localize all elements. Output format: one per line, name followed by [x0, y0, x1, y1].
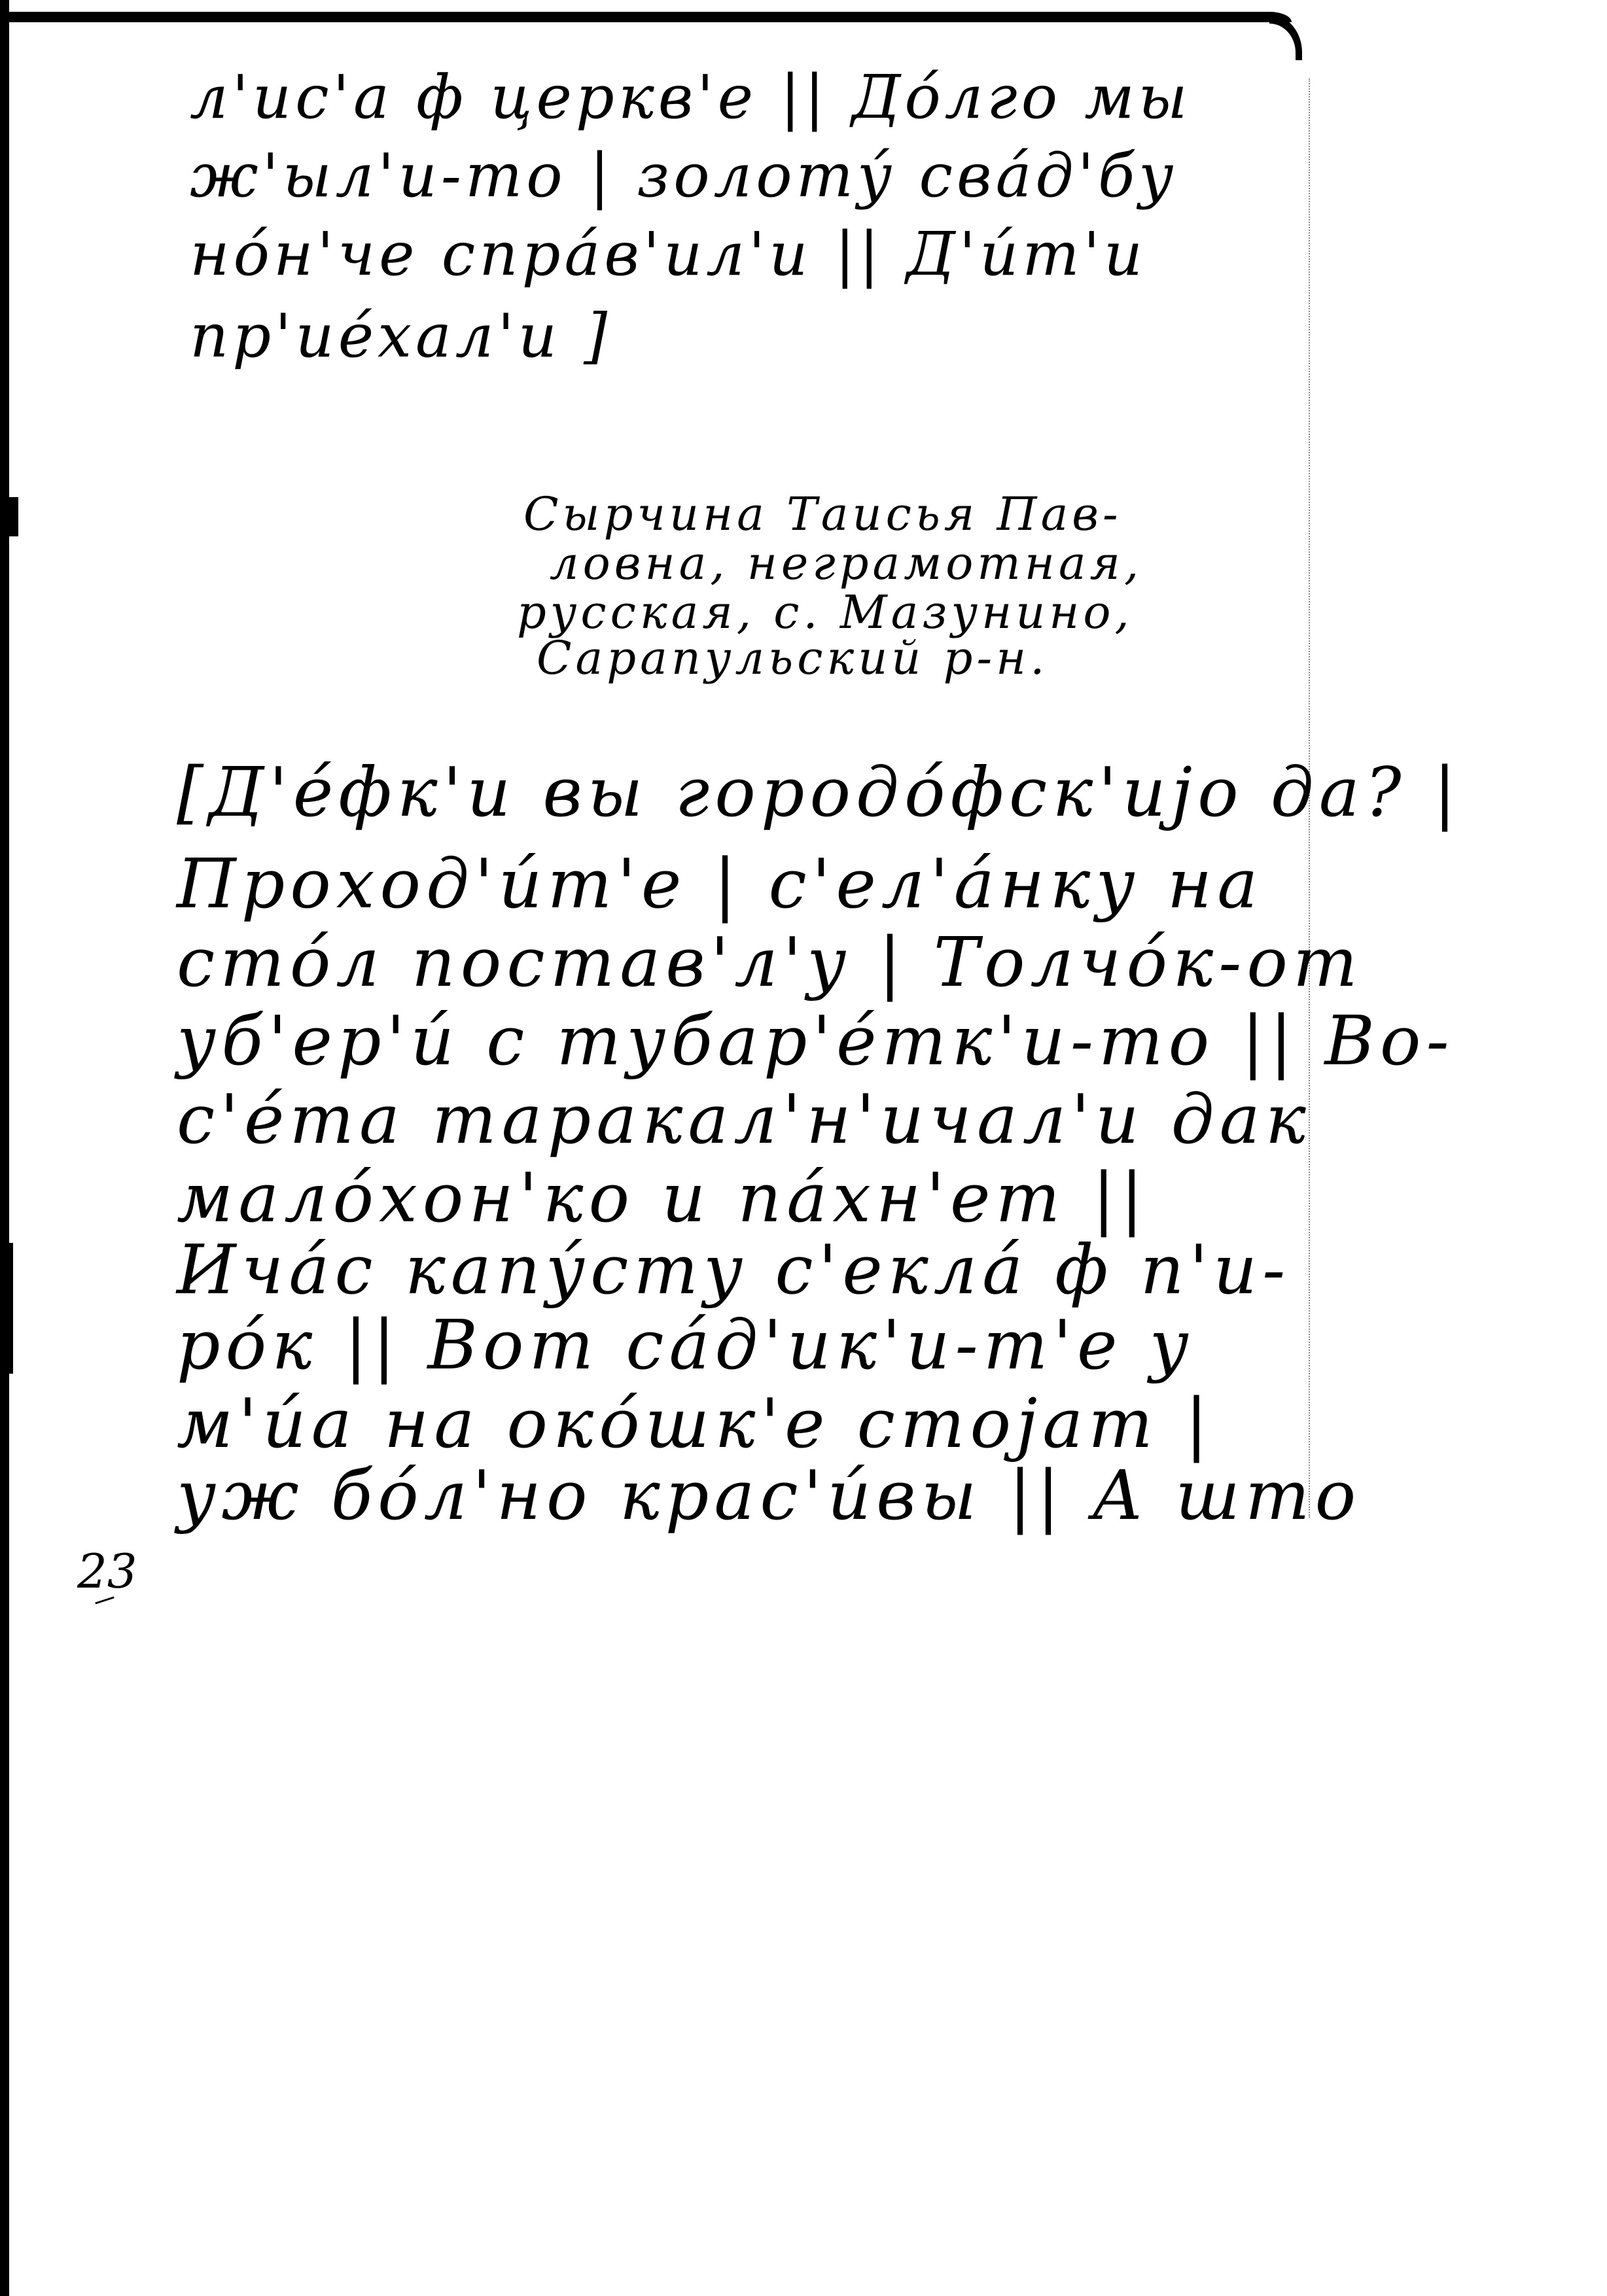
text-line: ро́к || Вот са́д'ик'и-т'е у [177, 1305, 1194, 1385]
text-line: [Д'е́фк'и вы городо́фск'ијо да? | [177, 752, 1462, 832]
scan-edge-artifact [0, 1622, 8, 1701]
manuscript-page: л'ис'а ф церкв'е || До́лго мы ж'ыл'и-то … [0, 0, 1607, 2296]
scan-top-edge [9, 12, 1292, 22]
text-line: с'е́та таракал'н'ичал'и дак [177, 1079, 1311, 1159]
text-line: сто́л постав'л'у | Толчо́к-от [177, 922, 1363, 1002]
text-line: пр'ие́хал'и ] [190, 301, 611, 371]
text-line: уж бо́л'но крас'и́вы || А што [177, 1455, 1361, 1535]
text-line: л'ис'а ф церкв'е || До́лго мы [190, 62, 1192, 132]
scan-edge-artifact [0, 1243, 13, 1374]
scan-top-edge-curl [1269, 14, 1302, 60]
scan-binding-edge [0, 0, 9, 2296]
text-line: м'и́а на око́шк'е стојат | [177, 1383, 1213, 1463]
text-line: мало́хон'ко и па́хн'ет || [177, 1158, 1148, 1238]
page-number: 23 [77, 1544, 137, 1599]
text-line: Проход'и́т'е | с'ел'а́нку на [177, 844, 1263, 924]
text-line: Ича́с капу́сту с'екла́ ф п'и- [177, 1230, 1290, 1310]
text-line: ж'ыл'и-то | золоту́ сва́д'бу [190, 141, 1178, 211]
attribution-line: Сырчина Таисья Пав- [523, 487, 1122, 541]
attribution-line: ловна, неграмотная, [550, 536, 1142, 590]
attribution-line: Сарапульский р-н. [537, 631, 1048, 685]
text-line: уб'ер'и́ с тубар'е́тк'и-то || Во- [177, 1001, 1455, 1081]
scan-edge-artifact [0, 497, 18, 536]
text-line: но́н'че спра́в'ил'и || Д'и́т'и [190, 219, 1146, 289]
